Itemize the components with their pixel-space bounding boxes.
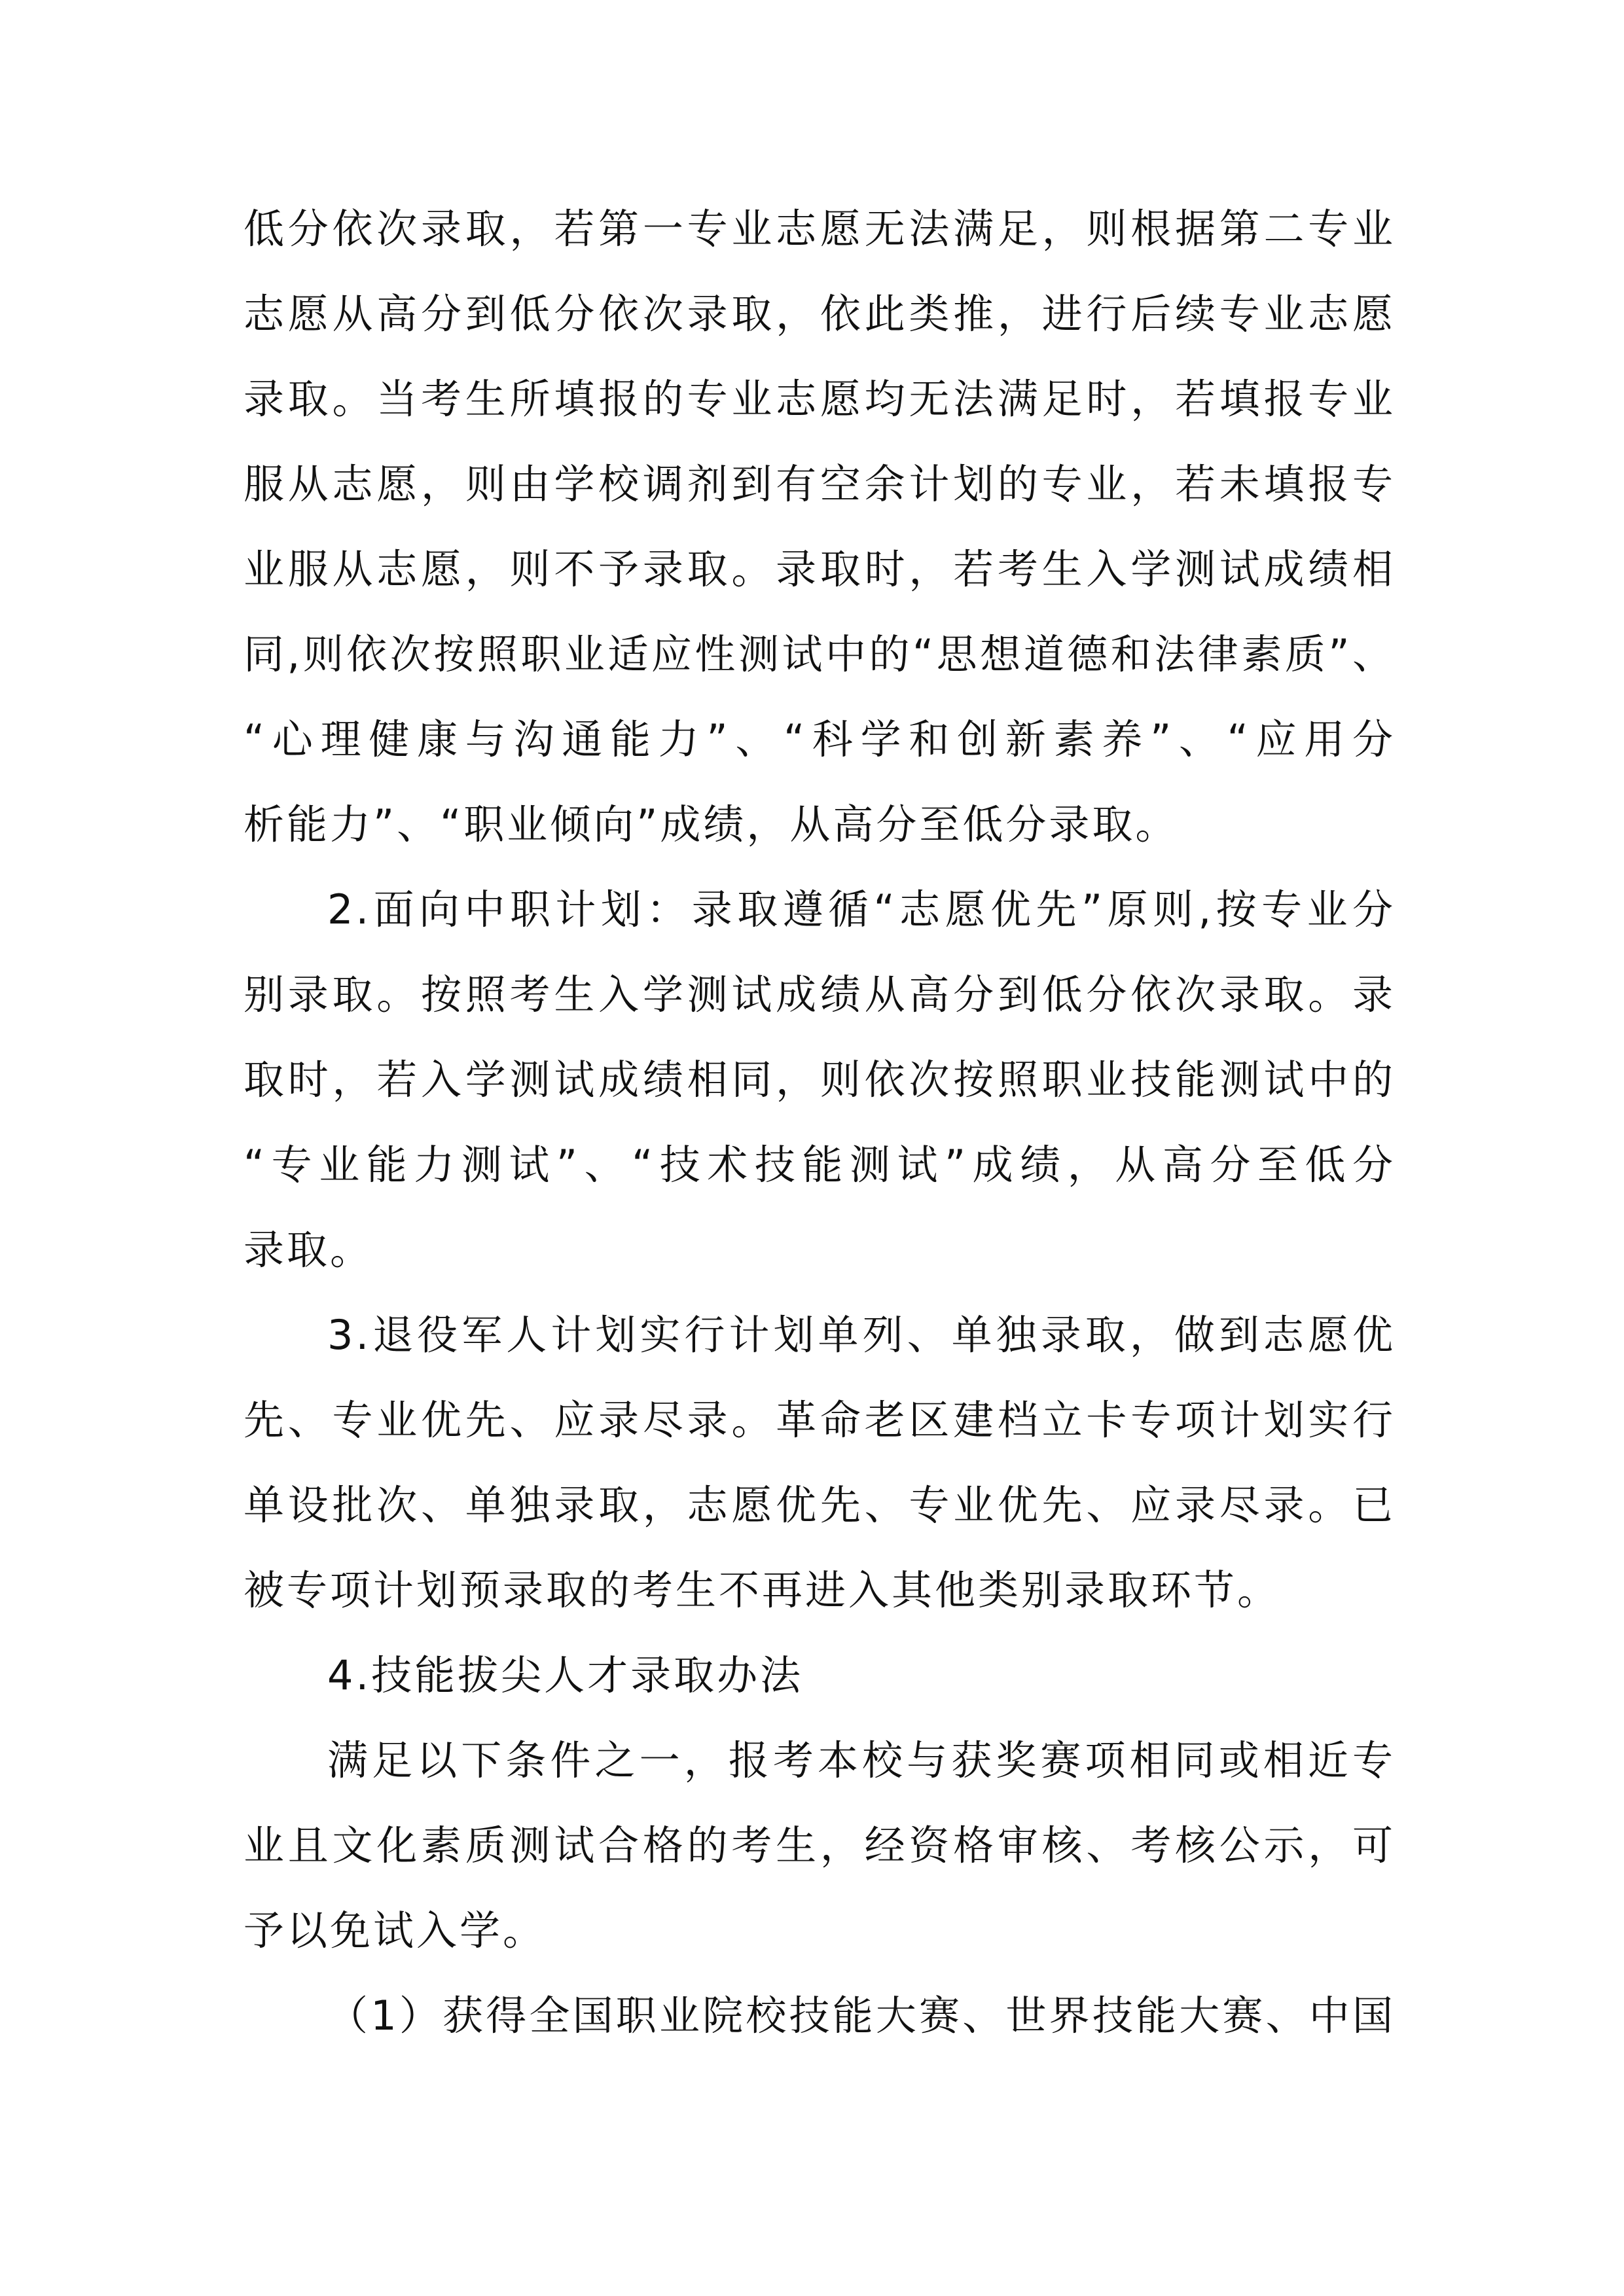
text-line-11: 取时，若入学测试成绩相同，则依次按照职业技能测试中的: [244, 1047, 1396, 1113]
text-line-20: 业且文化素质测试合格的考生，经资格审核、考核公示，可: [244, 1813, 1396, 1878]
text-line-content: 被专项计划预录取的考生不再进入其他类别录取环节。: [244, 1558, 1396, 1623]
text-line-1: 低分依次录取，若第一专业志愿无法满足，则根据第二专业: [244, 196, 1396, 262]
text-line-21: 予以免试入学。: [244, 1898, 1396, 1964]
text-line-content: 别录取。按照考生入学测试成绩从高分到低分依次录取。录: [244, 962, 1396, 1028]
text-line-13: 录取。: [244, 1217, 1396, 1283]
document-page: 低分依次录取，若第一专业志愿无法满足，则根据第二专业 志愿从高分到低分依次录取，…: [0, 0, 1624, 2296]
text-line-16: 单设批次、单独录取，志愿优先、专业优先、应录尽录。已: [244, 1473, 1396, 1538]
text-line-content: “心理健康与沟通能力”、“科学和创新素养”、“应用分: [244, 707, 1396, 772]
text-line-6: 同,则依次按照职业适应性测试中的“思想道德和法律素质”、: [244, 622, 1396, 687]
text-line-15: 先、专业优先、应录尽录。革命老区建档立卡专项计划实行: [244, 1388, 1396, 1453]
text-line-content: 先、专业优先、应录尽录。革命老区建档立卡专项计划实行: [244, 1388, 1396, 1453]
text-line-10: 别录取。按照考生入学测试成绩从高分到低分依次录取。录: [244, 962, 1396, 1028]
text-line-content: 录取。: [244, 1217, 1396, 1283]
text-line-content: 取时，若入学测试成绩相同，则依次按照职业技能测试中的: [244, 1047, 1396, 1113]
list-item-1-line: （1）获得全国职业院校技能大赛、世界技能大赛、中国: [327, 1983, 1396, 2049]
text-line-content: 3.退役军人计划实行计划单列、单独录取，做到志愿优: [327, 1302, 1396, 1368]
text-line-content: 志愿从高分到低分依次录取，依此类推，进行后续专业志愿: [244, 281, 1396, 347]
text-line-content: 2.面向中职计划：录取遵循“志愿优先”原则,按专业分: [327, 877, 1396, 942]
text-line-content: “专业能力测试”、“技术技能测试”成绩，从高分至低分: [244, 1132, 1396, 1198]
text-line-content: 析能力”、“职业倾向”成绩，从高分至低分录取。: [244, 792, 1396, 857]
text-line-content: 业且文化素质测试合格的考生，经资格审核、考核公示，可: [244, 1813, 1396, 1878]
text-line-content: 录取。当考生所填报的专业志愿均无法满足时，若填报专业: [244, 367, 1396, 432]
section-heading-text: 4.技能拔尖人才录取办法: [327, 1643, 1396, 1708]
text-line-8: 析能力”、“职业倾向”成绩，从高分至低分录取。: [244, 792, 1396, 857]
text-line-content: 予以免试入学。: [244, 1898, 1396, 1964]
text-line-content: 服从志愿，则由学校调剂到有空余计划的专业，若未填报专: [244, 452, 1396, 517]
text-line-2: 志愿从高分到低分依次录取，依此类推，进行后续专业志愿: [244, 281, 1396, 347]
text-line-19: 满足以下条件之一，报考本校与获奖赛项相同或相近专: [327, 1728, 1396, 1793]
text-line-5: 业服从志愿，则不予录取。录取时，若考生入学测试成绩相: [244, 537, 1396, 602]
text-line-content: （1）获得全国职业院校技能大赛、世界技能大赛、中国: [327, 1983, 1396, 2049]
text-line-content: 低分依次录取，若第一专业志愿无法满足，则根据第二专业: [244, 196, 1396, 262]
text-line-17: 被专项计划预录取的考生不再进入其他类别录取环节。: [244, 1558, 1396, 1623]
section-3-heading-line: 3.退役军人计划实行计划单列、单独录取，做到志愿优: [327, 1302, 1396, 1368]
text-line-content: 满足以下条件之一，报考本校与获奖赛项相同或相近专: [327, 1728, 1396, 1793]
text-line-3: 录取。当考生所填报的专业志愿均无法满足时，若填报专业: [244, 367, 1396, 432]
section-4-heading: 4.技能拔尖人才录取办法: [327, 1643, 1396, 1708]
text-line-content: 单设批次、单独录取，志愿优先、专业优先、应录尽录。已: [244, 1473, 1396, 1538]
text-line-4: 服从志愿，则由学校调剂到有空余计划的专业，若未填报专: [244, 452, 1396, 517]
text-line-content: 同,则依次按照职业适应性测试中的“思想道德和法律素质”、: [244, 622, 1396, 687]
text-line-7: “心理健康与沟通能力”、“科学和创新素养”、“应用分: [244, 707, 1396, 772]
section-2-heading-line: 2.面向中职计划：录取遵循“志愿优先”原则,按专业分: [327, 877, 1396, 942]
text-line-12: “专业能力测试”、“技术技能测试”成绩，从高分至低分: [244, 1132, 1396, 1198]
text-line-content: 业服从志愿，则不予录取。录取时，若考生入学测试成绩相: [244, 537, 1396, 602]
